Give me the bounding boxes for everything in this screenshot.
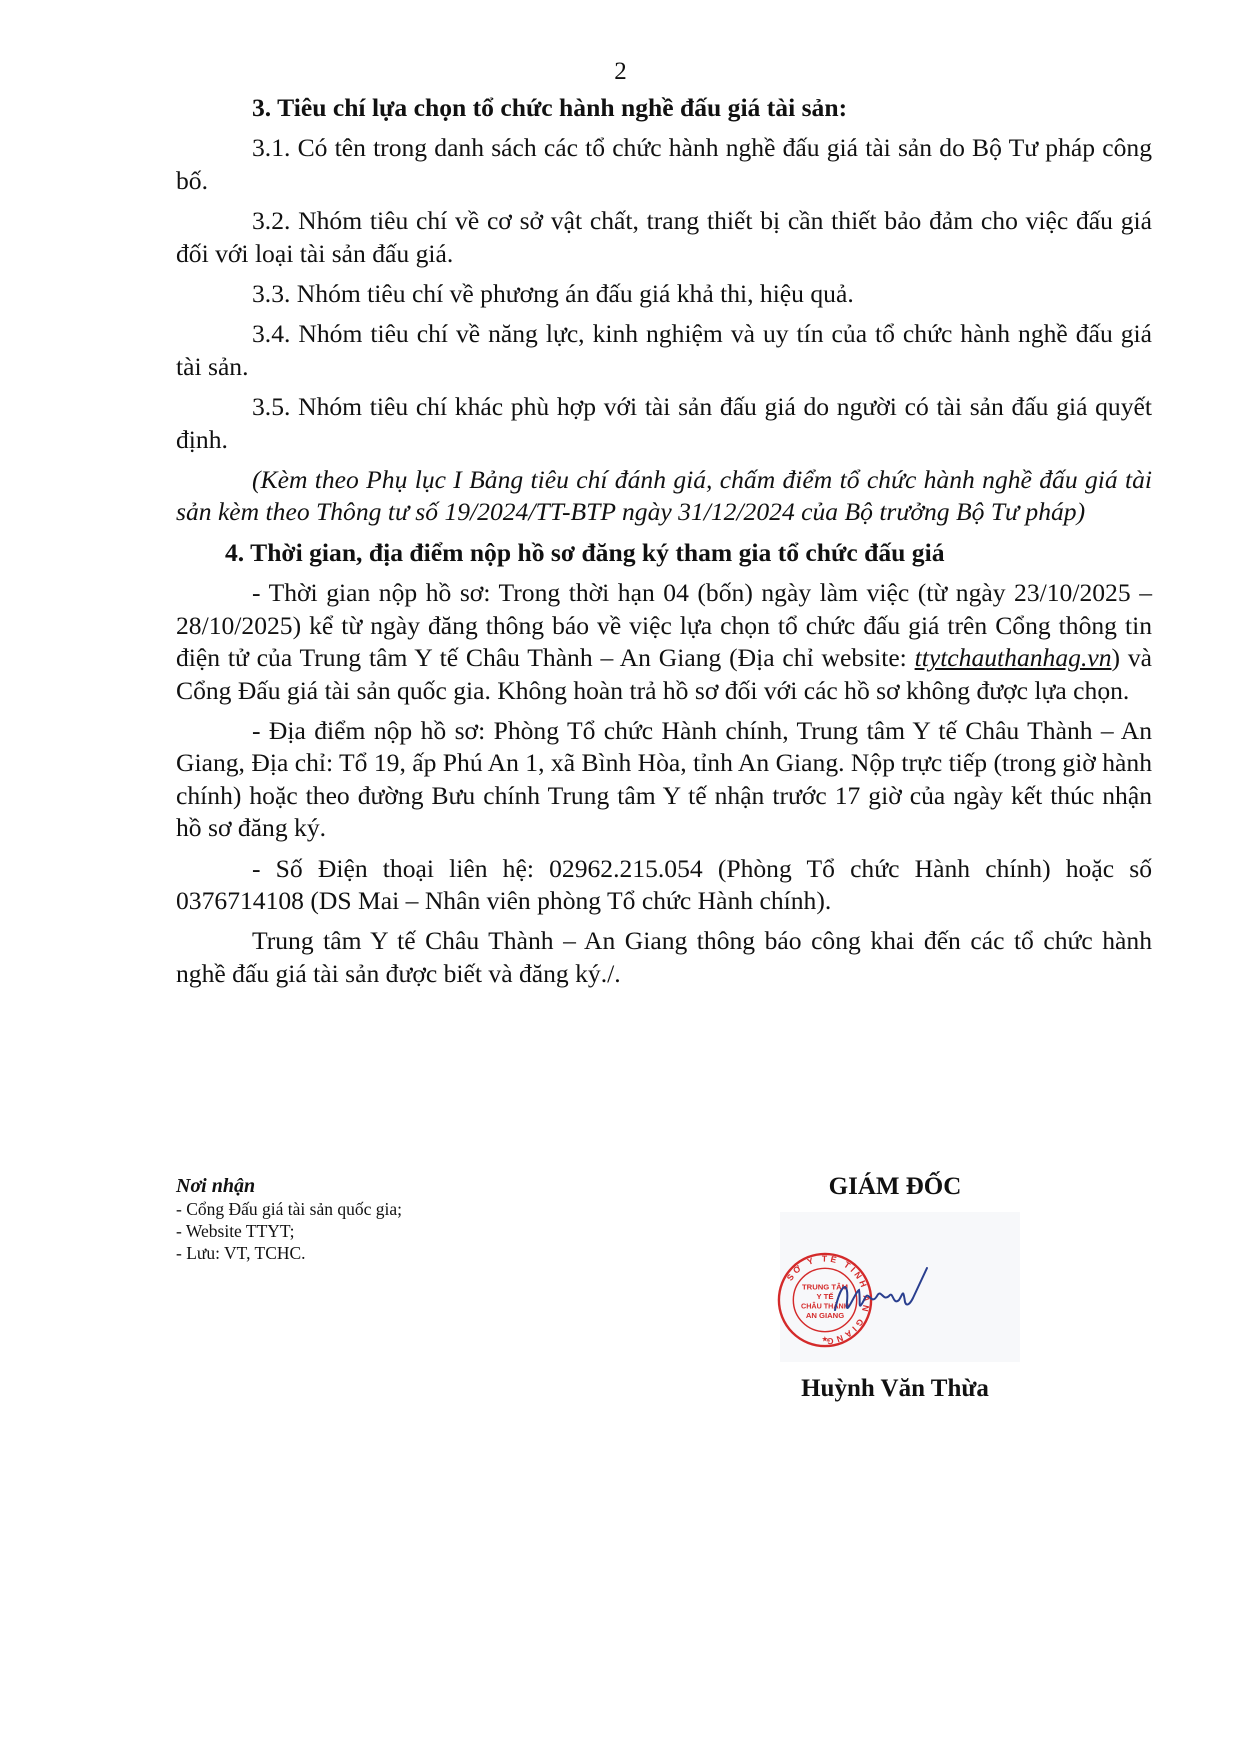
section-4-heading: 4. Thời gian, địa điểm nộp hồ sơ đăng ký… (176, 537, 1152, 569)
recipients-title: Nơi nhận (176, 1174, 402, 1198)
website-link[interactable]: ttytchauthanhag.vn (915, 643, 1112, 672)
document-body: 3. Tiêu chí lựa chọn tổ chức hành nghề đ… (176, 92, 1152, 998)
recipient-item: - Website TTYT; (176, 1220, 402, 1242)
page-number: 2 (0, 58, 1241, 86)
signature-block: GIÁM ĐỐC SỞ Y TẾ TỈNH AN GIANG TRUNG TÂM… (755, 1172, 1035, 1404)
signature-area: SỞ Y TẾ TỈNH AN GIANG TRUNG TÂM Y TẾ CHÂ… (755, 1212, 1035, 1382)
recipient-item: - Lưu: VT, TCHC. (176, 1242, 402, 1264)
submission-time: - Thời gian nộp hồ sơ: Trong thời hạn 04… (176, 577, 1152, 707)
criterion-3-1: 3.1. Có tên trong danh sách các tổ chức … (176, 132, 1152, 197)
closing-statement: Trung tâm Y tế Châu Thành – An Giang thô… (176, 925, 1152, 990)
signature-icon (827, 1262, 937, 1332)
section-3-heading: 3. Tiêu chí lựa chọn tổ chức hành nghề đ… (176, 92, 1152, 124)
recipient-item: - Cổng Đấu giá tài sản quốc gia; (176, 1198, 402, 1220)
signer-role: GIÁM ĐỐC (755, 1172, 1035, 1202)
criterion-3-2: 3.2. Nhóm tiêu chí về cơ sở vật chất, tr… (176, 205, 1152, 270)
contact-phone: - Số Điện thoại liên hệ: 02962.215.054 (… (176, 853, 1152, 918)
criterion-3-4: 3.4. Nhóm tiêu chí về năng lực, kinh ngh… (176, 318, 1152, 383)
recipients-block: Nơi nhận - Cổng Đấu giá tài sản quốc gia… (176, 1174, 402, 1264)
submission-place: - Địa điểm nộp hồ sơ: Phòng Tổ chức Hành… (176, 715, 1152, 845)
svg-text:★: ★ (822, 1334, 829, 1343)
criterion-3-5: 3.5. Nhóm tiêu chí khác phù hợp với tài … (176, 391, 1152, 456)
criterion-3-3: 3.3. Nhóm tiêu chí về phương án đấu giá … (176, 278, 1152, 310)
appendix-note: (Kèm theo Phụ lục I Bảng tiêu chí đánh g… (176, 464, 1152, 529)
